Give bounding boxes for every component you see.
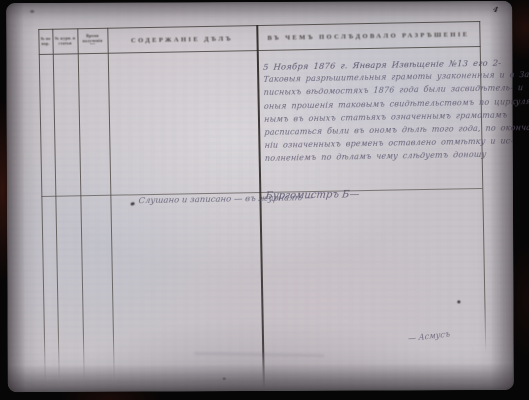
- archival-photo-screenshot: 4 № по пор. № журн. и статьи Время получ…: [0, 0, 529, 400]
- column-header-order-number: № по пор.: [38, 30, 52, 54]
- column-header-journal-article: № журн. и статьи: [52, 29, 77, 53]
- clerk-signature: — Асмусъ: [408, 330, 450, 344]
- corner-ink-mark: [30, 10, 34, 13]
- ledger-table: № по пор. № журн. и статьи Время получен…: [38, 21, 487, 389]
- column-header-content: СОДЕРЖАНІЕ ДѢЛЪ: [107, 26, 256, 53]
- entry-resolution-text: 5 Ноября 1876 г. Января Извѣщеніе №13 ег…: [263, 58, 479, 167]
- ink-speck: [223, 378, 226, 380]
- column-rule-3: [107, 28, 114, 381]
- table-left-rule: [38, 29, 45, 382]
- column-rule-2: [77, 28, 84, 381]
- column-rule-1: [52, 29, 59, 382]
- column-header-resolution: ВЪ ЧЕМЪ ПОСЛѢДОВАЛО РАЗРѢШЕНІЕ: [256, 22, 480, 50]
- handwriting-line: полненіемъ по дѣламъ чему слѣдуетъ донош…: [264, 151, 432, 167]
- document-page: 4 № по пор. № журн. и статьи Время получ…: [6, 1, 514, 392]
- burgomaster-signature: Бургомистръ Б—: [265, 189, 360, 202]
- page-number: 4: [492, 5, 499, 15]
- ink-speck: [130, 202, 135, 206]
- ink-smudge: [194, 352, 324, 357]
- ink-speck: [457, 300, 460, 303]
- column-header-time-received: Время полученія —: [77, 29, 107, 54]
- header-dash: —: [90, 43, 95, 48]
